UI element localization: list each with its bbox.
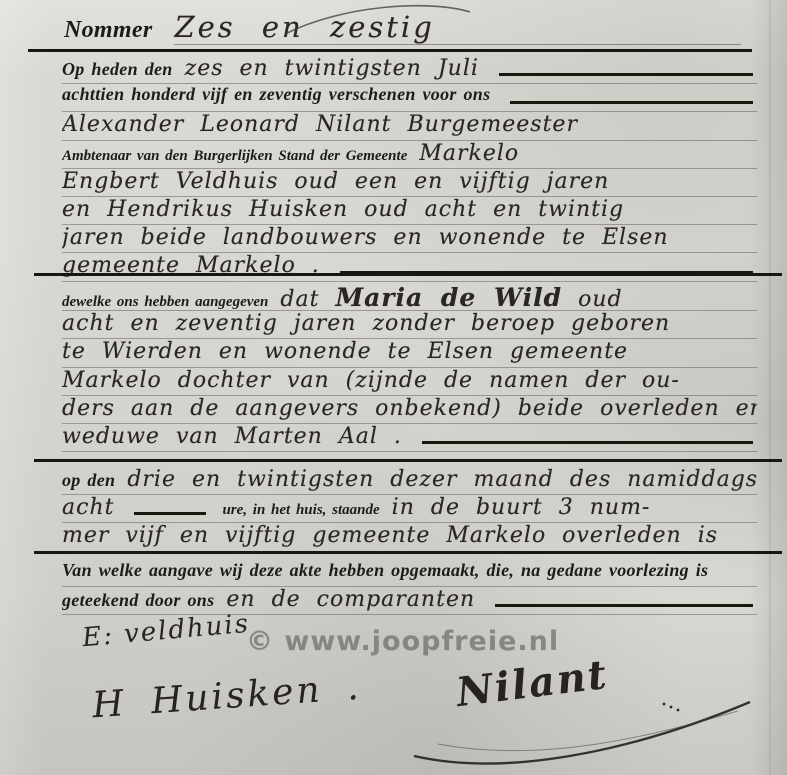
nommer-label: Nommer	[64, 17, 152, 44]
paper-fold-line	[769, 0, 771, 775]
handwritten-text: Markelo dochter van (zijnde de namen der…	[62, 368, 680, 393]
form-line: Alexander Leonard Nilant Burgemeester	[62, 112, 757, 140]
printed-text: ure, in het huis, staande	[222, 502, 379, 519]
form-line: en Hendrikus Huisken oud acht en twintig	[62, 197, 757, 225]
nommer-row: Nommer Zes en zestig	[64, 10, 741, 46]
form-line: Engbert Veldhuis oud een en vijftig jare…	[62, 169, 757, 197]
ink-dot	[663, 703, 666, 706]
form-line: Op heden den zes en twintigsten Juli	[62, 56, 757, 84]
handwritten-text: acht en zeventig jaren zonder beroep geb…	[62, 311, 670, 336]
thick-rule-separator	[34, 459, 782, 462]
handwritten-text: en Hendrikus Huisken oud acht en twintig	[62, 197, 624, 222]
ink-filler-line	[510, 101, 753, 104]
form-line: Ambtenaar van den Burgerlijken Stand der…	[62, 141, 757, 169]
printed-text: Van welke aangave wij deze akte hebben o…	[62, 560, 708, 581]
printed-text: op den	[62, 470, 115, 491]
handwritten-text: te Wierden en wonende te Elsen gemeente	[62, 339, 628, 364]
paragraph-closing: Van welke aangave wij deze akte hebben o…	[62, 560, 757, 615]
handwritten-text: zes en twintigsten Juli	[185, 56, 479, 81]
ink-filler-line	[134, 512, 206, 515]
form-line: acht en zeventig jaren zonder beroep geb…	[62, 311, 757, 339]
printed-text: dewelke ons hebben aangegeven	[62, 294, 268, 311]
form-line: Markelo dochter van (zijnde de namen der…	[62, 368, 757, 396]
watermark-text: © www.joopfreie.nl	[246, 626, 559, 657]
form-line: geteekend door ons en de comparanten	[62, 587, 757, 615]
handwritten-text: oud	[578, 287, 623, 311]
handwritten-text: mer vijf en vijftig gemeente Markelo ove…	[62, 523, 718, 548]
death-certificate-scan: Nommer Zes en zestig Op heden den zes en…	[0, 0, 787, 775]
ink-filler-line	[499, 73, 753, 76]
nommer-value-handwritten: Zes en zestig	[174, 10, 434, 44]
printed-text: achttien honderd vijf en zeventig versch…	[62, 84, 490, 105]
handwritten-text: dat	[280, 287, 319, 311]
ink-dot	[677, 709, 680, 712]
printed-text: Op heden den	[62, 59, 173, 80]
handwritten-text: jaren beide landbouwers en wonende te El…	[62, 225, 669, 250]
paragraph-deceased: dewelke ons hebben aangegeven dat Maria …	[62, 283, 757, 452]
handwritten-text: en de comparanten	[226, 587, 475, 612]
handwritten-text: Alexander Leonard Nilant Burgemeester	[62, 112, 578, 137]
form-line: jaren beide landbouwers en wonende te El…	[62, 225, 757, 253]
handwritten-text: Engbert Veldhuis oud een en vijftig jare…	[62, 169, 609, 194]
form-line: Van welke aangave wij deze akte hebben o…	[62, 560, 757, 587]
ink-filler-line	[422, 441, 753, 444]
signature-veldhuis: E: veldhuis	[81, 609, 251, 654]
form-line: weduwe van Marten Aal .	[62, 424, 757, 452]
handwritten-text: acht	[62, 495, 114, 520]
form-line: op den drie en twintigsten dezer maand d…	[62, 467, 757, 495]
nilant-swoosh-inner	[438, 711, 738, 751]
printed-text: geteekend door ons	[62, 590, 214, 611]
thick-rule-separator	[34, 551, 782, 554]
form-line: achttien honderd vijf en zeventig versch…	[62, 84, 757, 112]
form-line: acht ure, in het huis, staande in de buu…	[62, 495, 757, 523]
signature-nilant: Nilant	[454, 651, 611, 716]
thick-rule-separator	[34, 273, 782, 276]
ink-dot	[670, 706, 673, 709]
form-line: dewelke ons hebben aangegeven dat Maria …	[62, 283, 757, 311]
handwritten-text: in de buurt 3 num-	[392, 495, 651, 520]
form-line: mer vijf en vijftig gemeente Markelo ove…	[62, 523, 757, 551]
handwritten-text: drie en twintigsten dezer maand des nami…	[127, 467, 757, 492]
handwritten-text: weduwe van Marten Aal .	[62, 424, 402, 449]
paragraph-death-details: op den drie en twintigsten dezer maand d…	[62, 467, 757, 552]
printed-text: Ambtenaar van den Burgerlijken Stand der…	[62, 148, 407, 165]
nommer-ruled-line: Zes en zestig	[174, 10, 741, 45]
form-line: te Wierden en wonende te Elsen gemeente	[62, 339, 757, 367]
handwritten-text: ders aan de aangevers onbekend) beide ov…	[62, 396, 757, 421]
paragraph-appearance: Op heden den zes en twintigsten Juli ach…	[62, 56, 757, 282]
ink-filler-line	[495, 604, 753, 607]
deceased-name-handwritten: Maria de Wild	[331, 283, 566, 311]
signature-huisken: H Huisken .	[91, 667, 363, 727]
handwritten-text: Markelo	[419, 141, 519, 166]
form-line: ders aan de aangevers onbekend) beide ov…	[62, 396, 757, 424]
thick-rule-top	[28, 49, 752, 52]
form-line: gemeente Markelo .	[62, 253, 757, 281]
